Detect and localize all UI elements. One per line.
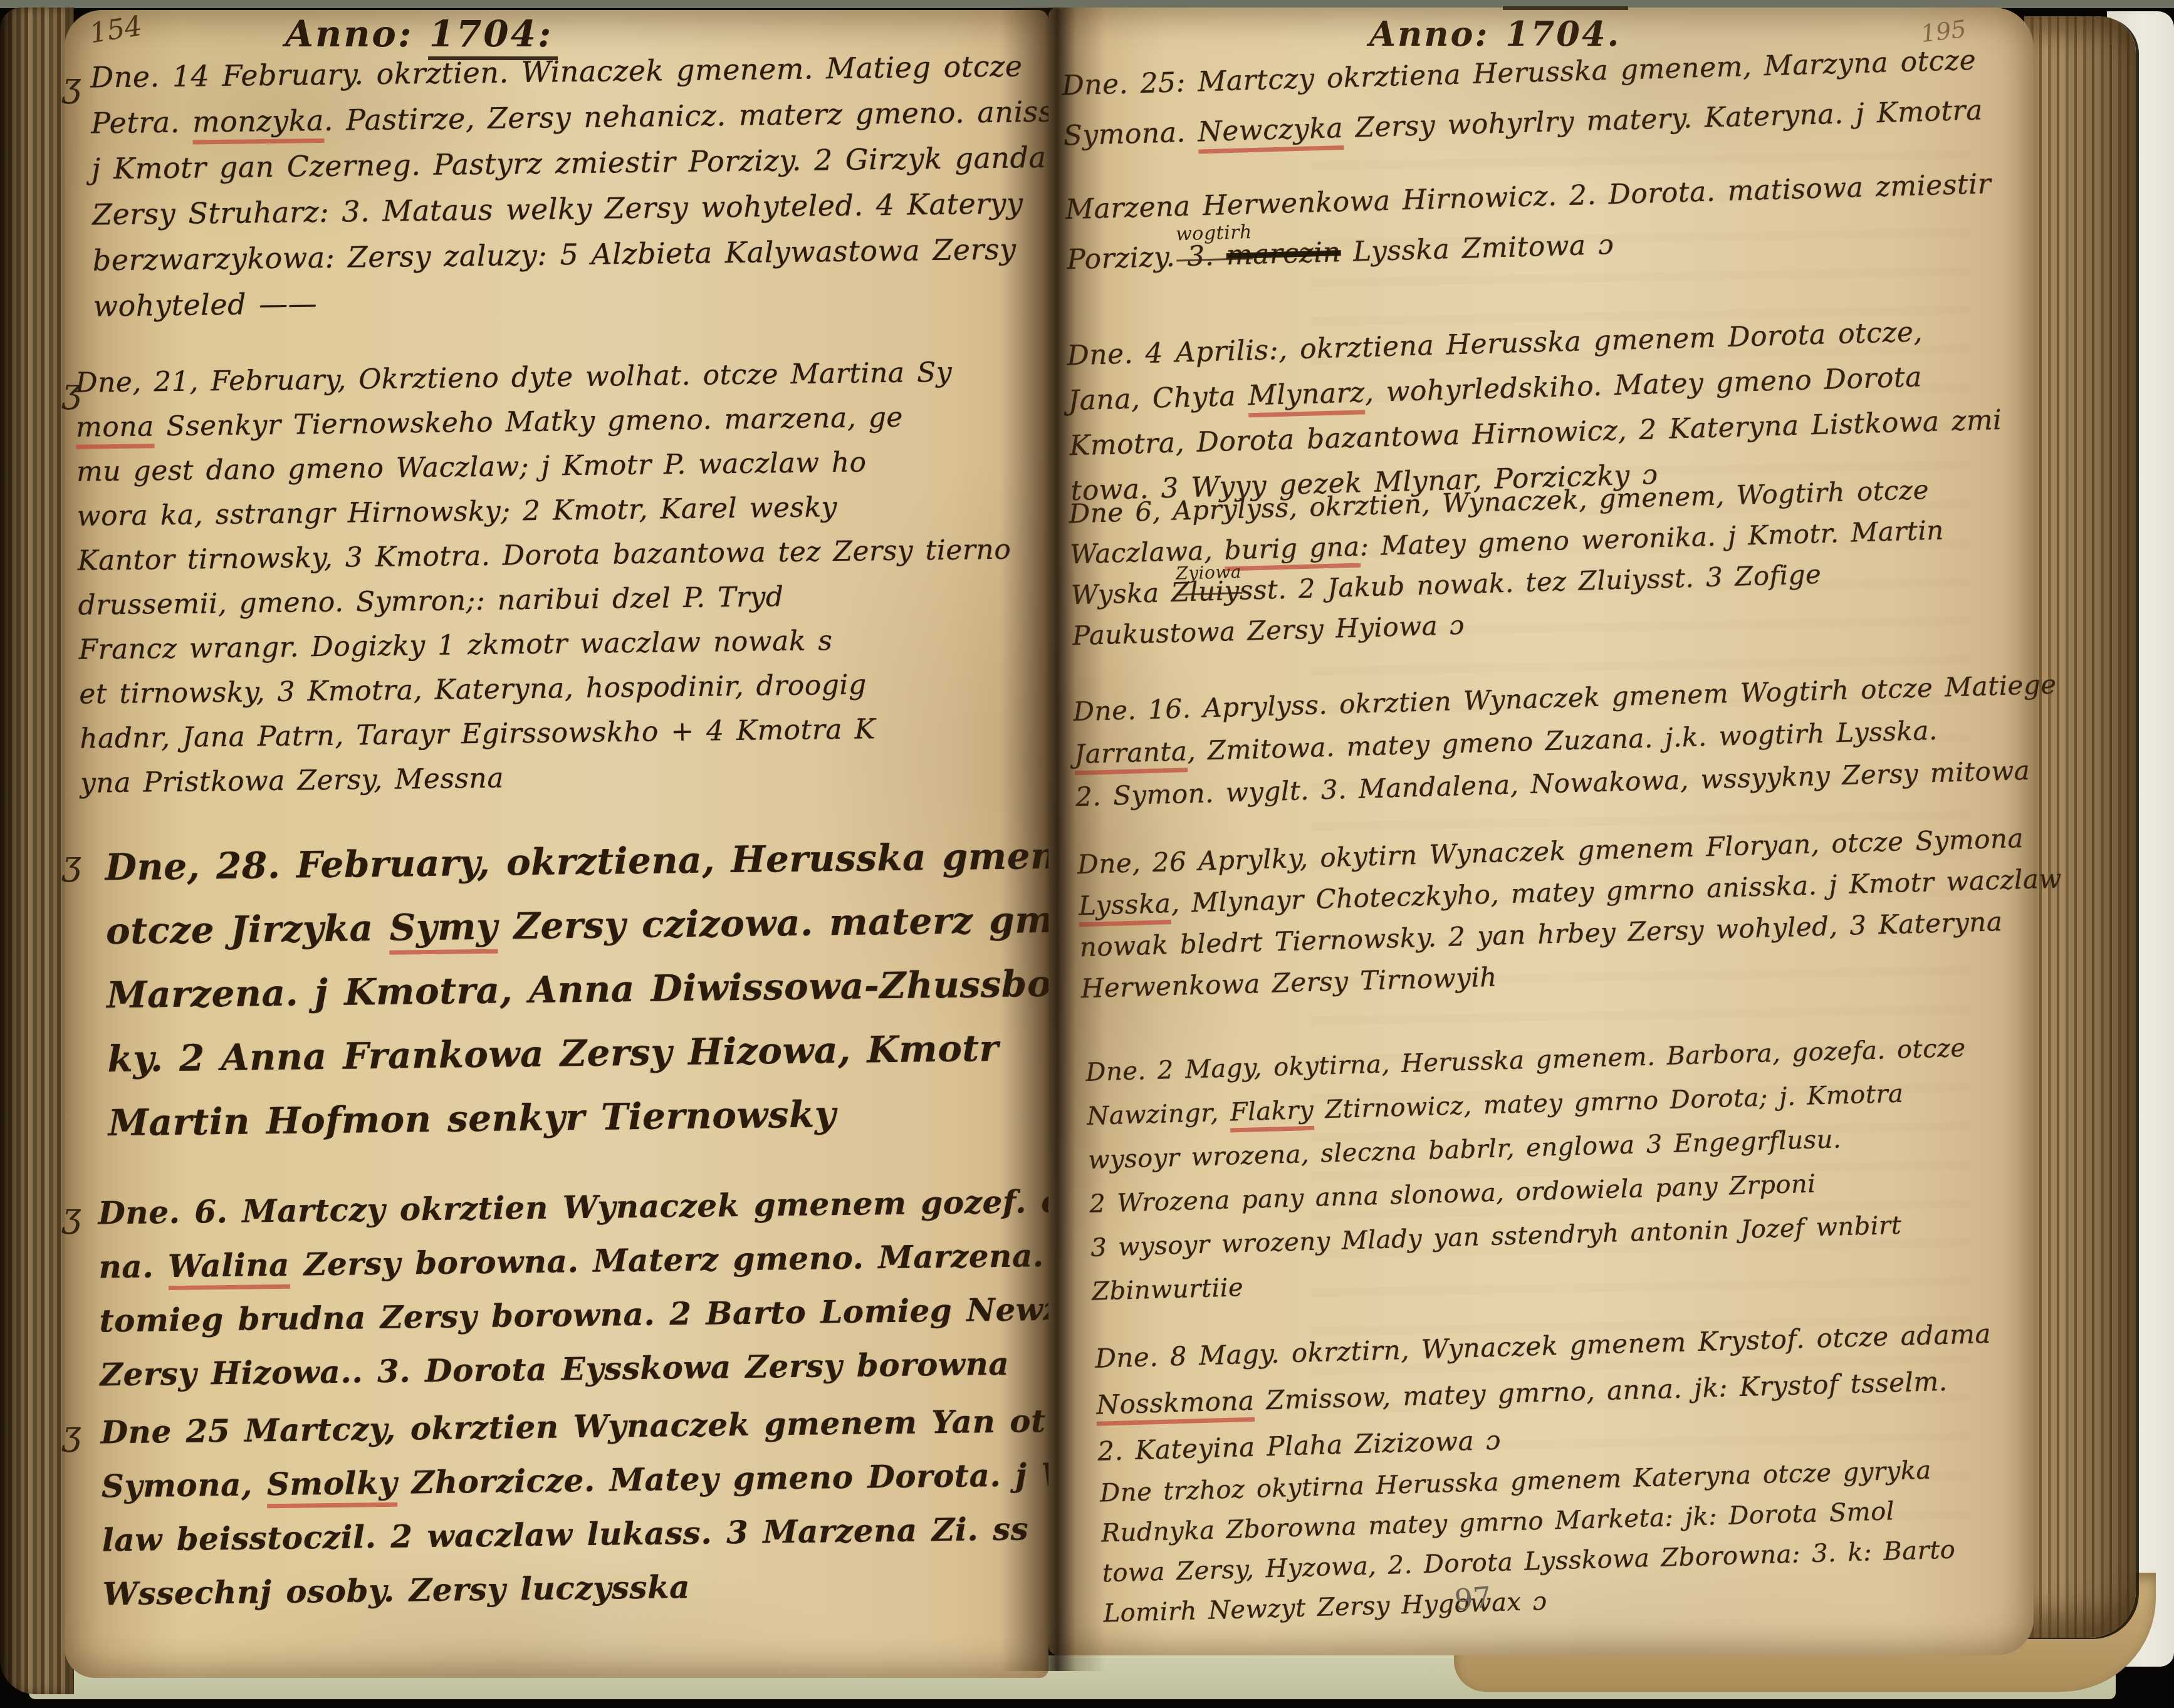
red-underlined-word: Nosskmona bbox=[1096, 1385, 1255, 1426]
interlinear-correction: Zyiowa bbox=[1175, 551, 1242, 596]
gutter-shadow bbox=[1000, 8, 1105, 1671]
red-underlined-word: Symy bbox=[389, 905, 498, 955]
baptism-entry: Dne 25 Martczy, okrztien Wynaczek gmenem… bbox=[100, 1393, 1134, 1621]
baptism-entry: Dne, 26 Aprylky, okytirn Wynaczek gmenem… bbox=[1077, 816, 2064, 1009]
baptism-entry: Dne. 14 February. okrztien. Winaczek gme… bbox=[90, 43, 1100, 330]
right-page-text: wogtirh Dne. 25: Martczy okrztiena Herus… bbox=[1048, 0, 2079, 1655]
left-page-text: Dne. 14 February. okrztien. Winaczek gme… bbox=[65, 0, 1069, 1678]
interlinear-correction: wogtirh bbox=[1175, 207, 1253, 261]
red-underlined-word: monzyka bbox=[192, 103, 325, 145]
entry-margin-mark: ʒ bbox=[62, 1195, 81, 1235]
baptism-entry: Zyiowa Dne 6, Aprylyss, okrztien, Wynacz… bbox=[1069, 469, 1947, 656]
red-underlined-word: Smolky bbox=[266, 1464, 397, 1509]
baptism-entry: Dne. 8 Magy. okrztirn, Wynaczek gmenem K… bbox=[1094, 1311, 1994, 1475]
entry-margin-mark: ʒ bbox=[62, 1414, 81, 1453]
manuscript-book-scan: 154 Anno: 1704: ʒ ʒ ʒ ʒ ʒ Dne. 14 Februa… bbox=[0, 0, 2174, 1708]
red-underlined-word: burig gna bbox=[1224, 531, 1361, 571]
red-underlined-word: mona bbox=[76, 410, 155, 449]
red-underlined-word: Mlynarz bbox=[1248, 377, 1366, 417]
pencil-folio-number: 97 bbox=[1453, 1580, 1493, 1617]
baptism-entry: Dne trzhoz okytirna Herusska gmenem Kate… bbox=[1099, 1450, 1957, 1634]
red-underlined-word: Newczyka bbox=[1198, 112, 1344, 154]
baptism-entry: Dne, 21, February, Okrztieno dyte wolhat… bbox=[75, 350, 1014, 806]
baptism-entry: Dne. 16. Aprylyss. okrztien Wynaczek gme… bbox=[1072, 664, 2059, 819]
baptism-entry: Dne. 2 Magy, okytirna, Herusska gmenem. … bbox=[1085, 1026, 1973, 1314]
red-underlined-word: Flakry bbox=[1230, 1096, 1314, 1133]
red-underlined-word: Walina bbox=[168, 1246, 290, 1290]
baptism-entry: wogtirh Dne. 25: Martczy okrztiena Herus… bbox=[1061, 35, 1993, 285]
left-page: 154 Anno: 1704: ʒ ʒ ʒ ʒ ʒ Dne. 14 Februa… bbox=[65, 10, 1048, 1678]
right-page: 195 Anno: 1704. wogtirh Dne. 25: Martczy… bbox=[1048, 8, 2034, 1655]
